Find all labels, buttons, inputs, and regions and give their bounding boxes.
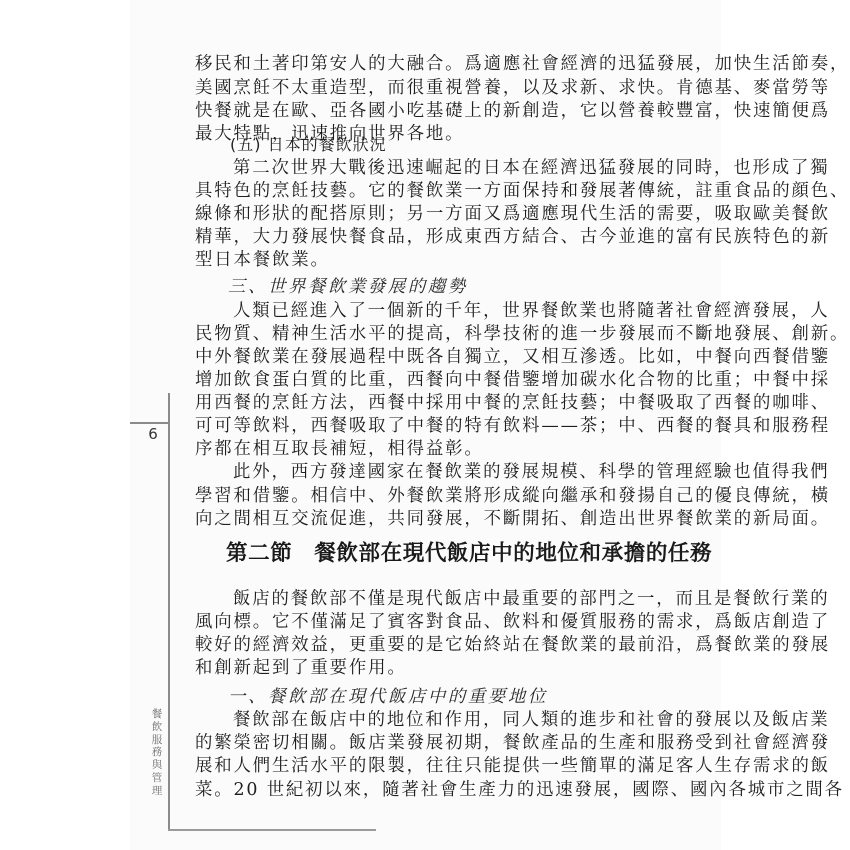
section-heading-importance: 一、餐飲部在現代飯店中的重要地位 bbox=[228, 686, 548, 708]
text-line: 餐飲部在飯店中的地位和作用，同人類的進步和社會的發展以及飯店業 bbox=[233, 709, 661, 731]
text-line: 學習和借鑒。相信中、外餐飲業將形成縱向繼承和發揚自己的優良傳統，橫 bbox=[195, 485, 661, 507]
text-line: 增加飲食蛋白質的比重，西餐向中餐借鑒增加碳水化合物的比重；中餐中採 bbox=[195, 369, 661, 391]
text-line: 菜。20 世紀初以來，隨著社會生產力的迅速發展，國際、國內各城市之間各 bbox=[195, 779, 661, 801]
section-number: 第二節 bbox=[226, 541, 292, 566]
text-line: 飯店的餐飲部不僅是現代飯店中最重要的部門之一，而且是餐飲行業的 bbox=[233, 588, 661, 610]
text-line: 民物質、精神生活水平的提高，科學技術的進一步發展而不斷地發展、創新。 bbox=[195, 323, 661, 345]
text-line: 第二次世界大戰後迅速崛起的日本在經濟迅猛發展的同時，也形成了獨 bbox=[233, 157, 661, 179]
text-line: 和創新起到了重要作用。 bbox=[195, 657, 661, 679]
text-line: 移民和土著印第安人的大融合。爲適應社會經濟的迅猛發展，加快生活節奏， bbox=[195, 53, 661, 75]
running-book-title: 餐飲服務與管理 bbox=[151, 708, 163, 798]
text-line: 中外餐飲業在發展過程中既各自獨立，又相互滲透。比如，中餐向西餐借鑒 bbox=[195, 346, 661, 368]
text-line: 美國烹飪不太重造型，而很重視營養，以及求新、求快。肯德基、麥當勞等 bbox=[195, 77, 661, 99]
bottom-rule bbox=[168, 829, 376, 831]
text-line: 快餐就是在歐、亞各國小吃基礎上的新創造，它以營養較豐富，快速簡便爲 bbox=[195, 100, 661, 122]
section-heading-trends: 三、世界餐飲業發展的趨勢 bbox=[228, 276, 468, 298]
page-number: 6 bbox=[143, 424, 163, 444]
section-title: 餐飲部在現代飯店中的地位和承擔的任務 bbox=[314, 541, 712, 566]
text-line: 此外，西方發達國家在餐飲業的發展規模、科學的管理經驗也值得我們 bbox=[233, 461, 661, 483]
text-line: 較好的經濟效益，更重要的是它始終站在餐飲業的最前沿，爲餐飲業的發展 bbox=[195, 634, 661, 656]
text-line: 的繁榮密切相關。飯店業發展初期，餐飲產品的生產和服務受到社會經濟發 bbox=[195, 732, 661, 754]
text-line: 線條和形狀的配搭原則；另一方面又爲適應現代生活的需要，吸取歐美餐飲 bbox=[195, 203, 661, 225]
text-line: 型日本餐飲業。 bbox=[195, 249, 661, 271]
text-line: 序都在相互取長補短，相得益彰。 bbox=[195, 438, 661, 460]
text-line: 向之間相互交流促進，共同發展，不斷開拓、創造出世界餐飲業的新局面。 bbox=[195, 508, 661, 530]
subheading-japan: (五) 日本的餐飲狀況 bbox=[230, 134, 387, 156]
text-line: 風向標。它不僅滿足了賓客對食品、飲料和優質服務的需求，爲飯店創造了 bbox=[195, 611, 661, 633]
text-line: 人類已經進入了一個新的千年，世界餐飲業也將隨著社會經濟發展，人 bbox=[233, 300, 661, 322]
text-line: 精華，大力發展快餐食品，形成東西方結合、古今並進的富有民族特色的新 bbox=[195, 226, 661, 248]
text-line: 具特色的烹飪技藝。它的餐飲業一方面保持和發展著傳統，註重食品的顔色、 bbox=[195, 180, 661, 202]
text-line: 可可等飲料，西餐吸取了中餐的特有飲料——茶；中、西餐的餐具和服務程 bbox=[195, 415, 661, 437]
margin-vertical-rule bbox=[168, 393, 170, 831]
text-line: 用西餐的烹飪方法，西餐中採用中餐的烹飪技藝；中餐吸取了西餐的咖啡、 bbox=[195, 392, 661, 414]
text-line: 展和人們生活水平的限製，往往只能提供一些簡單的滿足客人生存需求的飯 bbox=[195, 755, 661, 777]
chapter-section-heading: 第二節餐飲部在現代飯店中的地位和承擔的任務 bbox=[226, 540, 712, 568]
